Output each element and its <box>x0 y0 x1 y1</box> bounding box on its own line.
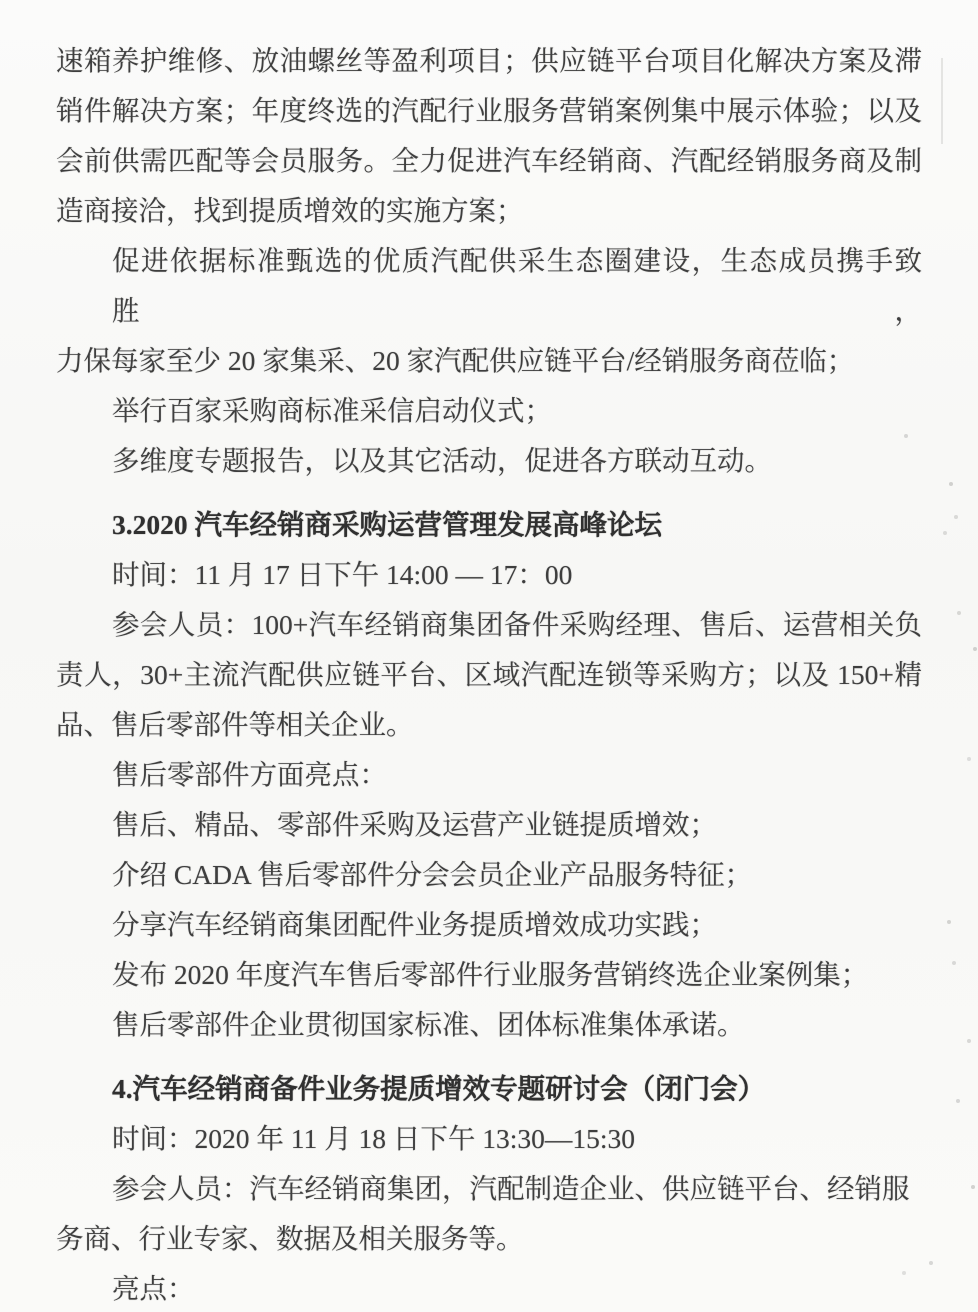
text-line: 责人，30+主流汽配供应链平台、区域汽配连锁等采购方；以及 150+精 <box>56 650 922 700</box>
text-line: 售后、精品、零部件采购及运营产业链提质增效； <box>56 800 922 850</box>
text-line: 参会人员：汽车经销商集团，汽配制造企业、供应链平台、经销服 <box>56 1164 922 1214</box>
text-line: 分享汽车经销商集团配件业务提质增效成功实践； <box>56 900 922 950</box>
scan-dust-specks <box>0 0 2 2</box>
text-line: 举行百家采购商标准采信启动仪式； <box>56 386 922 436</box>
text-line: 亮点： <box>56 1264 922 1312</box>
text-line: 多维度专题报告，以及其它活动，促进各方联动互动。 <box>56 436 922 486</box>
text-line: 速箱养护维修、放油螺丝等盈利项目；供应链平台项目化解决方案及滞 <box>56 36 922 86</box>
text-line: 品、售后零部件等相关企业。 <box>56 700 922 750</box>
text-line: 务商、行业专家、数据及相关服务等。 <box>56 1214 922 1264</box>
text-line: 参会人员：100+汽车经销商集团备件采购经理、售后、运营相关负 <box>56 600 922 650</box>
section-heading-4: 4.汽车经销商备件业务提质增效专题研讨会（闭门会） <box>56 1064 922 1114</box>
text-line: 造商接洽，找到提质增效的实施方案； <box>56 186 922 236</box>
text-line: 介绍 CADA 售后零部件分会会员企业产品服务特征； <box>56 850 922 900</box>
text-line: 销件解决方案；年度终选的汽配行业服务营销案例集中展示体验；以及 <box>56 86 922 136</box>
section-heading-3: 3.2020 汽车经销商采购运营管理发展高峰论坛 <box>56 500 922 550</box>
text-line: 会前供需匹配等会员服务。全力促进汽车经销商、汽配经销服务商及制 <box>56 136 922 186</box>
scan-edge-artifact <box>941 58 943 144</box>
text-line: 时间：2020 年 11 月 18 日下午 13:30—15:30 <box>56 1114 922 1164</box>
text-line: 售后零部件企业贯彻国家标准、团体标准集体承诺。 <box>56 1000 922 1050</box>
text-line: 发布 2020 年度汽车售后零部件行业服务营销终选企业案例集； <box>56 950 922 1000</box>
text-line: 时间：11 月 17 日下午 14:00 — 17：00 <box>56 550 922 600</box>
text-line: 力保每家至少 20 家集采、20 家汽配供应链平台/经销服务商莅临； <box>56 336 922 386</box>
text-line: 售后零部件方面亮点： <box>56 750 922 800</box>
document-body-text: 速箱养护维修、放油螺丝等盈利项目；供应链平台项目化解决方案及滞 销件解决方案；年… <box>56 36 922 1312</box>
scanned-document-page: 速箱养护维修、放油螺丝等盈利项目；供应链平台项目化解决方案及滞 销件解决方案；年… <box>0 0 978 1312</box>
text-line: 促进依据标准甄选的优质汽配供采生态圈建设，生态成员携手致胜， <box>56 236 922 336</box>
